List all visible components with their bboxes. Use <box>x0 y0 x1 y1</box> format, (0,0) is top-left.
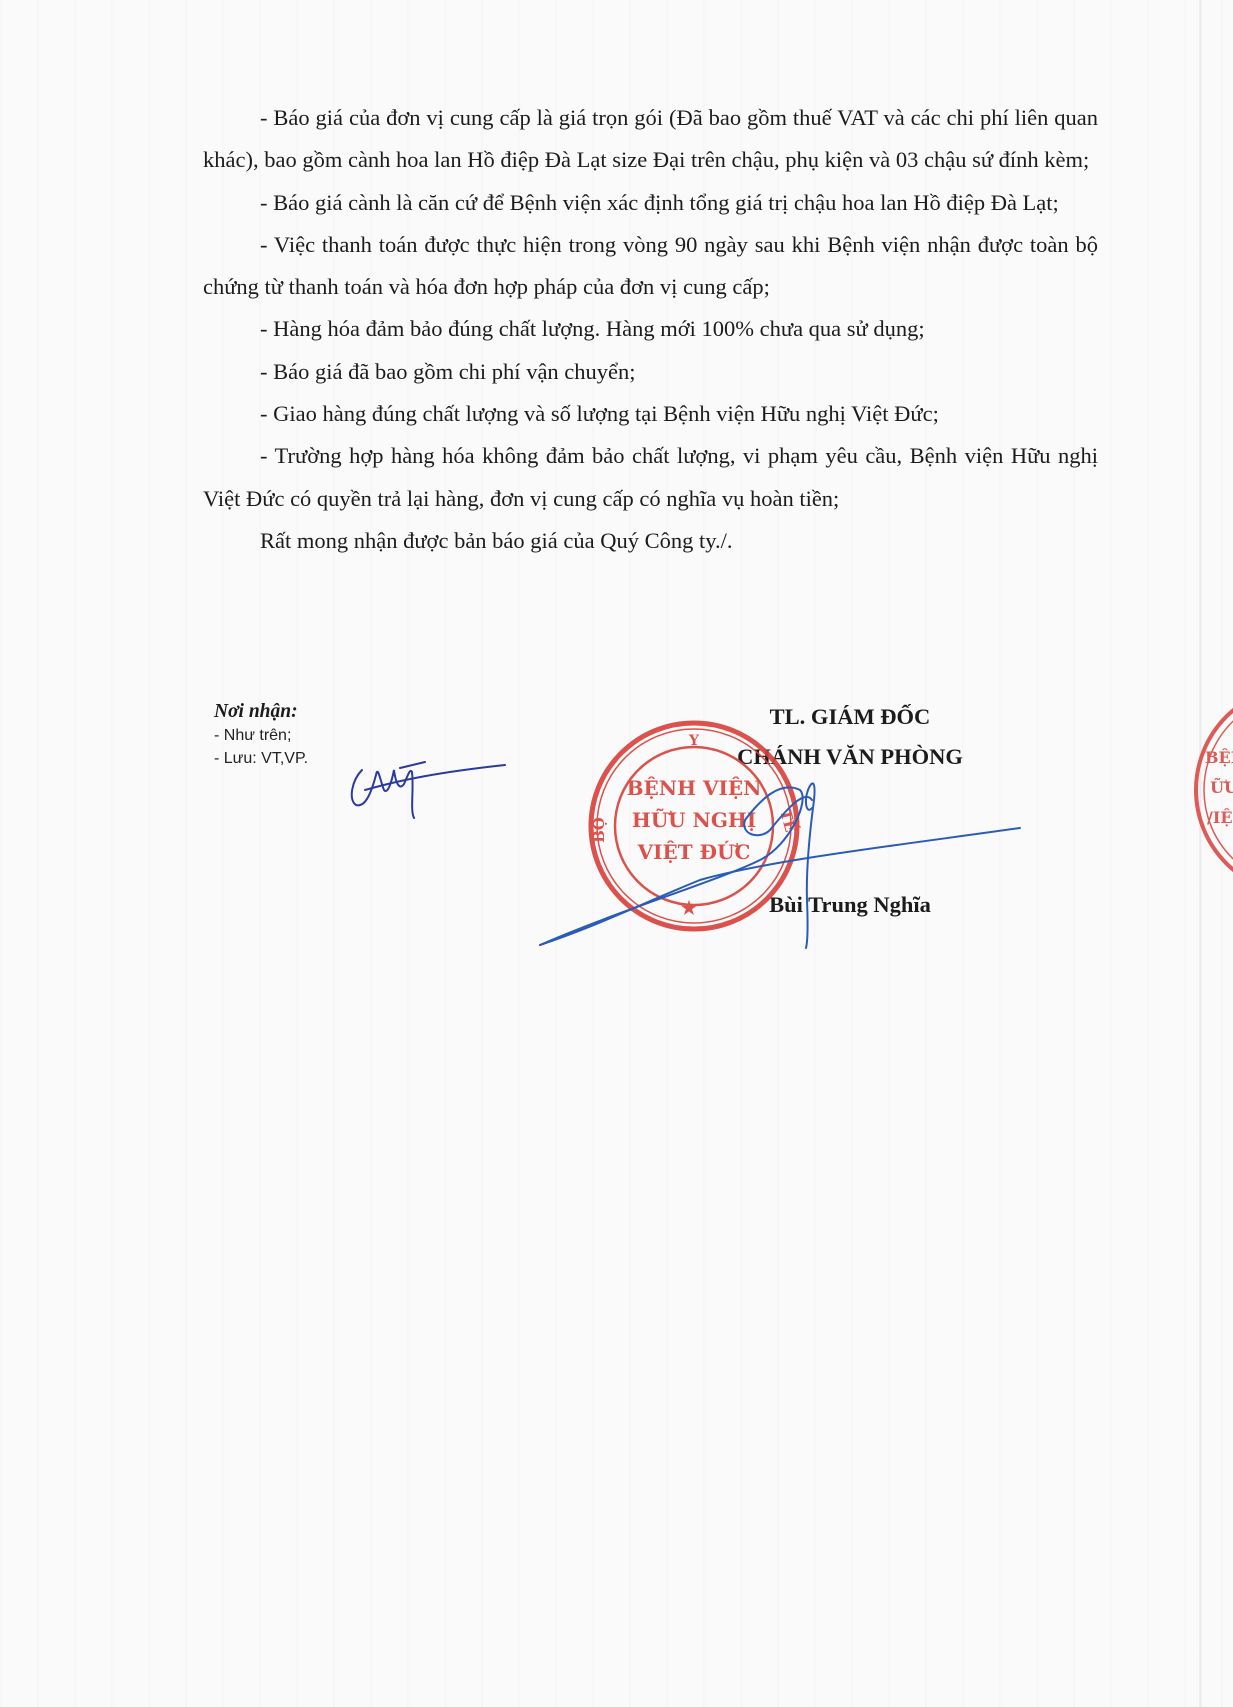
initial-signature <box>352 762 505 818</box>
paragraph-closing: Rất mong nhận được bản báo giá của Quý C… <box>203 520 1098 562</box>
recipients-title: Nơi nhận: <box>214 700 308 724</box>
paragraph-shipping: - Báo giá đã bao gồm chi phí vận chuyển; <box>203 351 1098 393</box>
svg-text:ỮU: ỮU <box>1210 776 1233 797</box>
letter-body: - Báo giá của đơn vị cung cấp là giá trọ… <box>203 97 1098 562</box>
signer-title-block: TL. GIÁM ĐỐC CHÁNH VĂN PHÒNG <box>640 697 1060 777</box>
svg-text:BỆN: BỆN <box>1205 747 1233 767</box>
paragraph-quality: - Hàng hóa đảm bảo đúng chất lượng. Hàng… <box>203 308 1098 350</box>
director-signature <box>540 783 1020 948</box>
recipients-block: Nơi nhận: - Như trên; - Lưu: VT,VP. <box>214 700 308 770</box>
signer-name: Bùi Trung Nghĩa <box>640 892 1060 918</box>
signer-title-line1: TL. GIÁM ĐỐC <box>640 697 1060 737</box>
svg-text:/IỆ: /IỆ <box>1207 807 1233 827</box>
partial-stamp-right-edge: BỆN ỮU /IỆ <box>1196 686 1233 894</box>
paragraph-package-price: - Báo giá của đơn vị cung cấp là giá trọ… <box>203 97 1098 182</box>
signer-title-line2: CHÁNH VĂN PHÒNG <box>640 737 1060 777</box>
paragraph-branch-price: - Báo giá cành là căn cứ để Bệnh viện xá… <box>203 182 1098 224</box>
stamp-center-line3: VIỆT ĐỨC <box>637 839 751 864</box>
paragraph-return-policy: - Trường hợp hàng hóa không đảm bảo chất… <box>203 435 1098 520</box>
paragraph-payment-terms: - Việc thanh toán được thực hiện trong v… <box>203 224 1098 309</box>
stamp-right-text: TẾ <box>776 807 801 834</box>
recipient-item: - Lưu: VT,VP. <box>214 747 308 770</box>
stamp-center-line1: BỆNH VIỆN <box>627 775 762 800</box>
recipient-item: - Như trên; <box>214 724 308 747</box>
paragraph-delivery: - Giao hàng đúng chất lượng và số lượng … <box>203 393 1098 435</box>
stamp-left-text: BỘ <box>589 817 608 843</box>
stamp-center-line2: HỮU NGHỊ <box>632 807 756 832</box>
